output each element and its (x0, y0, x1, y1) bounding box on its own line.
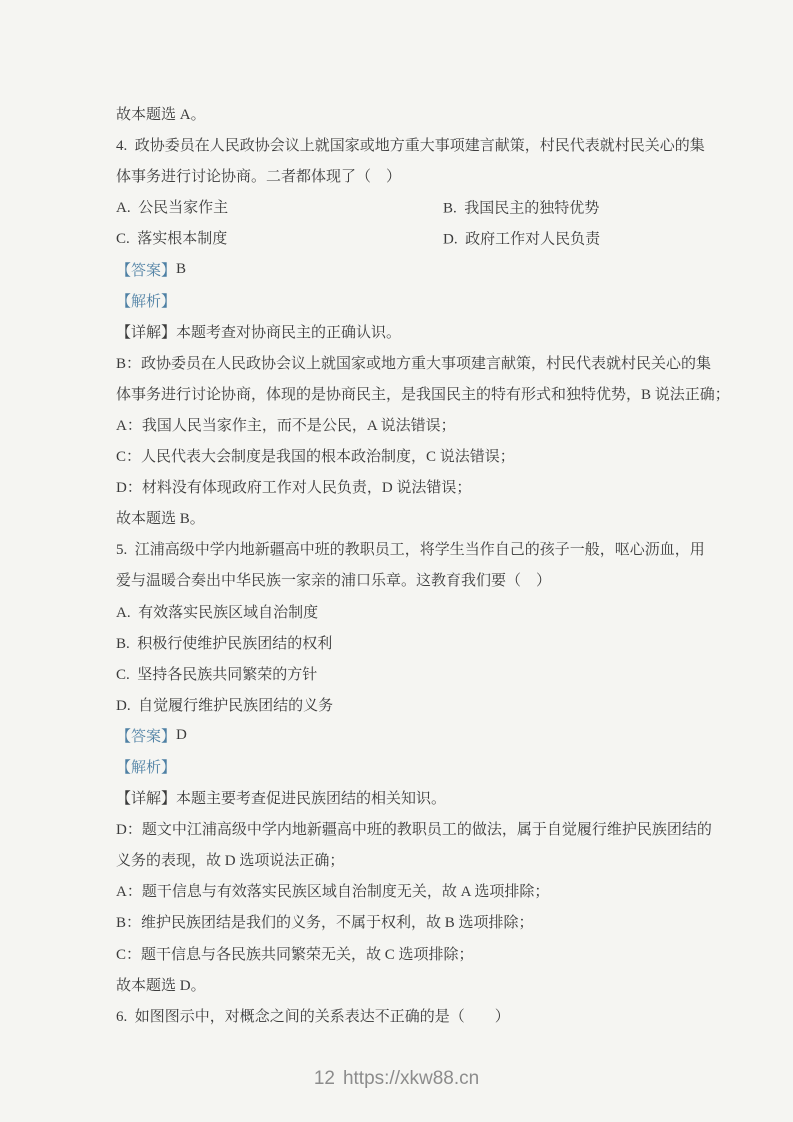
question-5-explain-d-line-2: 义务的表现，故 D 选项说法正确； (116, 844, 682, 875)
question-4-stem-line-1: 4. 政协委员在人民政协会议上就国家或地方重大事项建言献策，村民代表就村民关心的… (116, 129, 682, 160)
question-6-stem: 6. 如图图示中，对概念之间的关系表达不正确的是（ ） (116, 1000, 682, 1031)
question-4-analysis-label: 【解析】 (116, 285, 682, 316)
answer-value: B (176, 261, 186, 278)
question-5-answer: 【答案】D (116, 720, 682, 751)
line-text: 5. 江浦高级中学内地新疆高中班的教职员工，将学生当作自己的孩子一般，呕心沥血，… (116, 538, 705, 559)
line-text: 6. 如图图示中，对概念之间的关系表达不正确的是（ ） (116, 1005, 510, 1026)
line-text: 【详解】本题主要考查促进民族团结的相关知识。 (116, 787, 446, 808)
line-text: 【详解】本题考查对协商民主的正确认识。 (116, 321, 401, 342)
line-text: B：政协委员在人民政协会议上就国家或地方重大事项建言献策，村民代表就村民关心的集 (116, 352, 711, 373)
line-text: 体事务进行讨论协商。二者都体现了（ ） (116, 165, 401, 186)
line-text: B：维护民族团结是我们的义务，不属于权利，故 B 选项排除； (116, 911, 534, 932)
line-text: 爱与温暖合奏出中华民族一家亲的浦口乐章。这教育我们要（ ） (116, 569, 551, 590)
analysis-label: 【解析】 (116, 756, 176, 777)
question-4-options-row-2: C. 落实根本制度D. 政府工作对人民负责 (116, 222, 682, 253)
line-text: C：题干信息与各民族共同繁荣无关，故 C 选项排除； (116, 943, 474, 964)
question-4-explain-b-line-2: 体事务进行讨论协商，体现的是协商民主，是我国民主的特有形式和独特优势，B 说法正… (116, 378, 682, 409)
question-4-explain-b-line-1: B：政协委员在人民政协会议上就国家或地方重大事项建言献策，村民代表就村民关心的集 (116, 347, 682, 378)
answer-label: 【答案】 (116, 259, 176, 280)
page-footer: 12https://xkw88.cn (0, 1068, 793, 1090)
line-text: A. 有效落实民族区域自治制度 (116, 601, 318, 622)
option-left: A. 公民当家作主 (116, 196, 228, 217)
line-text: 故本题选 B。 (116, 507, 205, 528)
line-text: D：题文中江浦高级中学内地新疆高中班的教职员工的做法，属于自觉履行维护民族团结的 (116, 818, 712, 839)
question-5-explain-intro: 【详解】本题主要考查促进民族团结的相关知识。 (116, 782, 682, 813)
question-4-answer: 【答案】B (116, 253, 682, 284)
line-text: 故本题选 D。 (116, 974, 206, 995)
option-right: D. 政府工作对人民负责 (443, 227, 600, 248)
question-4-options-row-1: A. 公民当家作主B. 我国民主的独特优势 (116, 191, 682, 222)
line-text: 体事务进行讨论协商，体现的是协商民主，是我国民主的特有形式和独特优势，B 说法正… (116, 383, 730, 404)
answer-value: D (176, 727, 187, 744)
question-5-option-d: D. 自觉履行维护民族团结的义务 (116, 689, 682, 720)
line-text: C. 坚持各民族共同繁荣的方针 (116, 663, 317, 684)
line-text: 义务的表现，故 D 选项说法正确； (116, 849, 344, 870)
question-5-stem-line-1: 5. 江浦高级中学内地新疆高中班的教职员工，将学生当作自己的孩子一般，呕心沥血，… (116, 533, 682, 564)
question-5-option-c: C. 坚持各民族共同繁荣的方针 (116, 658, 682, 689)
option-right: B. 我国民主的独特优势 (443, 196, 599, 217)
question-4-stem-line-2: 体事务进行讨论协商。二者都体现了（ ） (116, 160, 682, 191)
question-5-stem-line-2: 爱与温暖合奏出中华民族一家亲的浦口乐章。这教育我们要（ ） (116, 564, 682, 595)
question-3-conclusion: 故本题选 A。 (116, 98, 682, 129)
line-text: D：材料没有体现政府工作对人民负责，D 说法错误； (116, 476, 471, 497)
page-number: 12 (314, 1068, 335, 1089)
question-4-conclusion: 故本题选 B。 (116, 502, 682, 533)
question-5-option-b: B. 积极行使维护民族团结的权利 (116, 627, 682, 658)
question-5-explain-a: A：题干信息与有效落实民族区域自治制度无关，故 A 选项排除； (116, 875, 682, 906)
line-text: D. 自觉履行维护民族团结的义务 (116, 694, 333, 715)
footer-url: https://xkw88.cn (343, 1068, 479, 1089)
line-text: A：我国人民当家作主，而不是公民，A 说法错误； (116, 414, 456, 435)
question-5-explain-b: B：维护民族团结是我们的义务，不属于权利，故 B 选项排除； (116, 906, 682, 937)
question-5-analysis-label: 【解析】 (116, 751, 682, 782)
question-4-explain-intro: 【详解】本题考查对协商民主的正确认识。 (116, 316, 682, 347)
line-text: B. 积极行使维护民族团结的权利 (116, 632, 332, 653)
question-5-conclusion: 故本题选 D。 (116, 969, 682, 1000)
question-4-explain-c: C：人民代表大会制度是我国的根本政治制度，C 说法错误； (116, 440, 682, 471)
question-4-explain-d: D：材料没有体现政府工作对人民负责，D 说法错误； (116, 471, 682, 502)
question-5-option-a: A. 有效落实民族区域自治制度 (116, 596, 682, 627)
answer-label: 【答案】 (116, 725, 176, 746)
line-text: A：题干信息与有效落实民族区域自治制度无关，故 A 选项排除； (116, 880, 549, 901)
option-left: C. 落实根本制度 (116, 227, 227, 248)
analysis-label: 【解析】 (116, 290, 176, 311)
line-text: 4. 政协委员在人民政协会议上就国家或地方重大事项建言献策，村民代表就村民关心的… (116, 134, 705, 155)
document-content: 故本题选 A。4. 政协委员在人民政协会议上就国家或地方重大事项建言献策，村民代… (116, 98, 682, 1031)
question-5-explain-d-line-1: D：题文中江浦高级中学内地新疆高中班的教职员工的做法，属于自觉履行维护民族团结的 (116, 813, 682, 844)
question-5-explain-c: C：题干信息与各民族共同繁荣无关，故 C 选项排除； (116, 938, 682, 969)
line-text: 故本题选 A。 (116, 103, 206, 124)
line-text: C：人民代表大会制度是我国的根本政治制度，C 说法错误； (116, 445, 515, 466)
question-4-explain-a: A：我国人民当家作主，而不是公民，A 说法错误； (116, 409, 682, 440)
